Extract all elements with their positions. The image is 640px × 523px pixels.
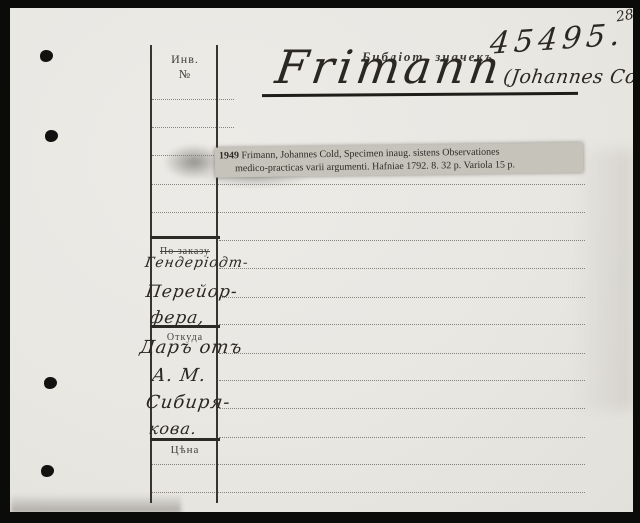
scan-shading-right <box>573 150 633 410</box>
ruled-line <box>152 99 234 100</box>
scan-border-bottom <box>0 512 640 523</box>
section-divider <box>150 236 220 239</box>
handwritten-origin-line3: Сибиря- <box>145 392 232 413</box>
inventory-label-line1: Инв. <box>152 52 218 67</box>
ruled-line <box>219 324 585 325</box>
strip-entry-number: 1949 <box>219 150 239 161</box>
entry-surname: Frimann <box>272 40 507 94</box>
scan-border-right <box>633 0 640 523</box>
title-entry: Frimann(Johannes Cold). <box>272 40 640 94</box>
ruled-line <box>219 408 585 409</box>
column-right-line <box>216 45 218 503</box>
handwritten-origin-line2: А. М. <box>151 365 208 386</box>
ruled-line <box>219 297 585 298</box>
ruled-line <box>152 127 234 128</box>
scan-shading-bottom <box>11 494 181 513</box>
printed-strip: 1949 Frimann, Johannes Cold, Specimen in… <box>215 142 583 177</box>
punch-hole <box>40 50 53 62</box>
entry-forename: (Johannes Cold). <box>502 66 640 88</box>
ruled-line <box>219 240 585 241</box>
ruled-line <box>219 353 585 354</box>
section-divider <box>150 438 220 441</box>
catalog-card-scan: Инв. № По заказу Откуда Цѣна Гендеріодт-… <box>0 0 640 523</box>
section-label-price: Цѣна <box>152 444 218 456</box>
inventory-label-line2: № <box>152 67 218 82</box>
handwritten-order-line2: Перейор- <box>145 282 239 302</box>
ruled-line <box>219 268 585 269</box>
punch-hole <box>41 465 54 477</box>
handwritten-order-line3: фера, <box>149 308 207 328</box>
handwritten-order-line1: Гендеріодт- <box>144 255 250 271</box>
punch-hole <box>45 130 58 142</box>
scan-border-left <box>0 0 10 523</box>
handwritten-origin-line4: кова. <box>148 419 199 438</box>
ruled-line <box>152 155 218 156</box>
ruled-line <box>219 437 585 438</box>
ruled-line <box>219 380 585 381</box>
punch-hole <box>44 377 57 389</box>
scan-border-top <box>0 0 640 8</box>
handwritten-origin-line1: Даръ отъ <box>139 337 244 358</box>
